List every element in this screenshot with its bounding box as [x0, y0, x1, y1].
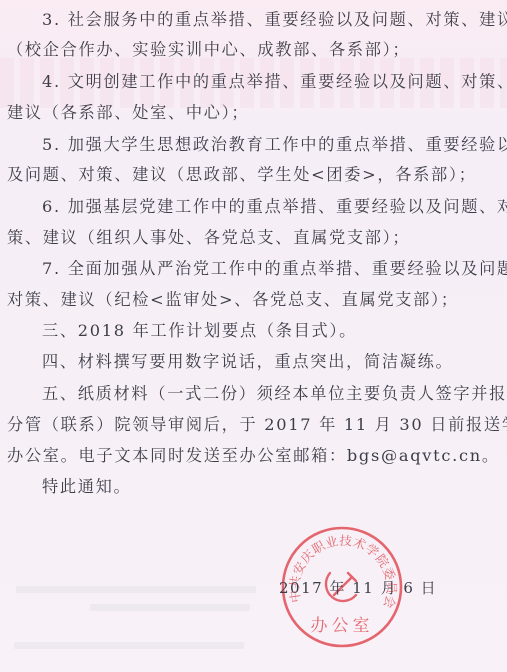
paragraph-line: 4. 文明创建工作中的重点举措、重要经验以及问题、对策、 — [42, 72, 507, 92]
paragraph-line: 及问题、对策、建议（思政部、学生处<团委>，各系部）； — [7, 165, 477, 185]
paragraph-line: 分管（联系）院领导审阅后，于 2017 年 11 月 30 日前报送学院 — [7, 415, 507, 435]
document-page: 3. 社会服务中的重点举措、重要经验以及问题、对策、建议 （校企合作办、实验实训… — [0, 0, 507, 672]
paragraph-line: 7. 全面加强从严治党工作中的重点举措、重要经验以及问题、 — [42, 259, 507, 279]
paragraph-line: 办公室。电子文本同时发送至办公室邮箱：bgs@aqvtc.cn。 — [7, 446, 500, 466]
paragraph-line: （校企合作办、实验实训中心、成教部、各系部）； — [7, 40, 410, 60]
paragraph-line: 6. 加强基层党建工作中的重点举措、重要经验以及问题、对 — [42, 197, 507, 217]
document-date: 2017 年 11 月 6 日 — [279, 577, 437, 598]
seal-bottom-text: 办公室 — [311, 616, 374, 636]
paragraph-line: 建议（各系部、处室、中心）； — [7, 103, 249, 123]
bleed-through-text — [0, 560, 507, 660]
paragraph-line: 3. 社会服务中的重点举措、重要经验以及问题、对策、建议 — [42, 10, 507, 30]
closing-text: 特此通知。 — [42, 477, 131, 497]
paragraph-line: 5. 加强大学生思想政治教育工作中的重点举措、重要经验以 — [42, 135, 507, 155]
paragraph-line: 对策、建议（纪检<监审处>、各党总支、直属党支部）； — [7, 290, 459, 310]
section-heading: 四、材料撰写要用数字说话，重点突出，简洁凝练。 — [42, 352, 453, 372]
section-heading: 三、2018 年工作计划要点（条目式）。 — [42, 321, 357, 341]
paragraph-line: 五、纸质材料（一式二份）须经本单位主要负责人签字并报 — [42, 384, 507, 404]
paragraph-line: 策、建议（组织人事处、各党总支、直属党支部）； — [7, 228, 410, 248]
